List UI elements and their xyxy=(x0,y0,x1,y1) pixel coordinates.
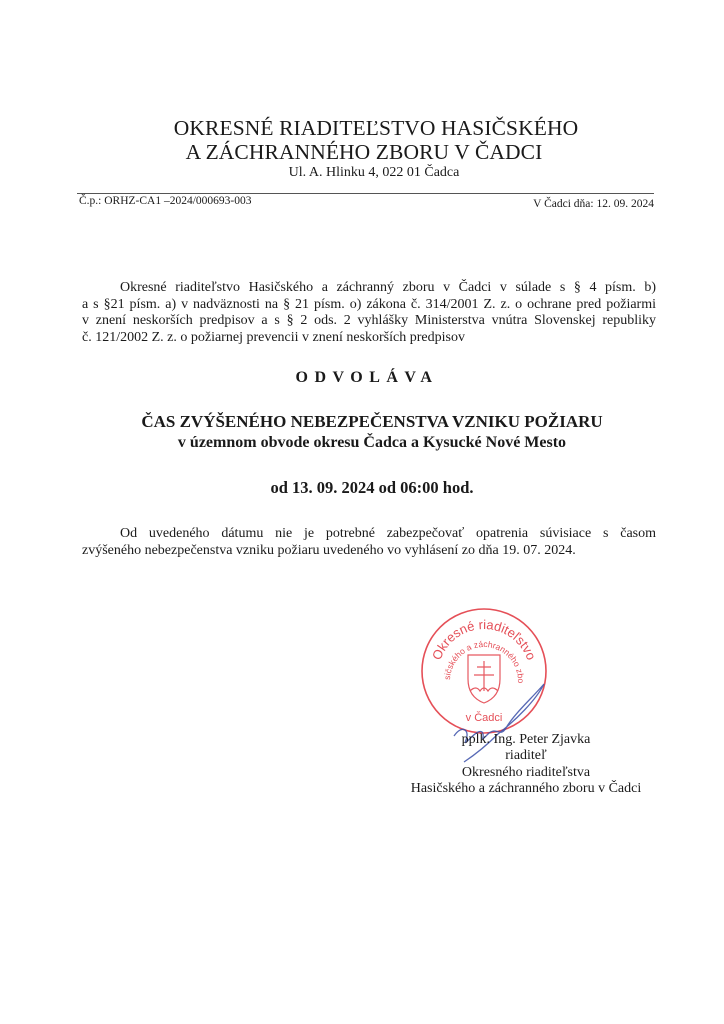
decision-subject: ČAS ZVÝŠENÉHO NEBEZPEČENSTVA VZNIKU POŽI… xyxy=(10,412,724,432)
signature-block: pplk. Ing. Peter Zjavka riaditeľ Okresné… xyxy=(376,732,676,798)
authority-title-line-2: A ZÁCHRANNÉHO ZBORU V ČADCI xyxy=(2,140,724,165)
header-divider xyxy=(77,193,654,194)
authority-address: Ul. A. Hlinku 4, 022 01 Čadca xyxy=(12,165,724,181)
decision-verb: ODVOLÁVA xyxy=(0,369,724,387)
decision-effective-date: od 13. 09. 2024 od 06:00 hod. xyxy=(10,478,724,498)
decision-area: v územnom obvode okresu Čadca a Kysucké … xyxy=(10,434,724,452)
closing-line: Od uvedeného dátumu nie je potrebné zabe… xyxy=(82,526,656,543)
closing-line: zvýšeného nebezpečenstva vzniku požiaru … xyxy=(82,543,656,560)
authority-title-line-1: OKRESNÉ RIADITEĽSTVO HASIČSKÉHO xyxy=(14,116,724,141)
intro-line: č. 121/2002 Z. z. o požiarnej prevencii … xyxy=(82,330,656,347)
signatory-org-line-2: Hasičského a záchranného zboru v Čadci xyxy=(376,781,676,797)
svg-text:Hasičského a záchranného zboru: Hasičského a záchranného zboru xyxy=(418,605,526,684)
reference-number: Č.p.: ORHZ-CA1 –2024/000693-003 xyxy=(79,195,252,207)
intro-line: v znení neskorších predpisov a s § 2 ods… xyxy=(82,313,656,330)
intro-line: Okresné riaditeľstvo Hasičského a záchra… xyxy=(82,280,656,297)
intro-paragraph: Okresné riaditeľstvo Hasičského a záchra… xyxy=(82,280,656,346)
closing-paragraph: Od uvedeného dátumu nie je potrebné zabe… xyxy=(82,526,656,559)
signatory-org-line-1: Okresného riaditeľstva xyxy=(376,765,676,781)
signatory-role: riaditeľ xyxy=(376,748,676,764)
signatory-name: pplk. Ing. Peter Zjavka xyxy=(376,732,676,748)
place-and-date: V Čadci dňa: 12. 09. 2024 xyxy=(533,198,654,210)
intro-line: a s §21 písm. a) v nadväznosti na § 21 p… xyxy=(82,297,656,314)
